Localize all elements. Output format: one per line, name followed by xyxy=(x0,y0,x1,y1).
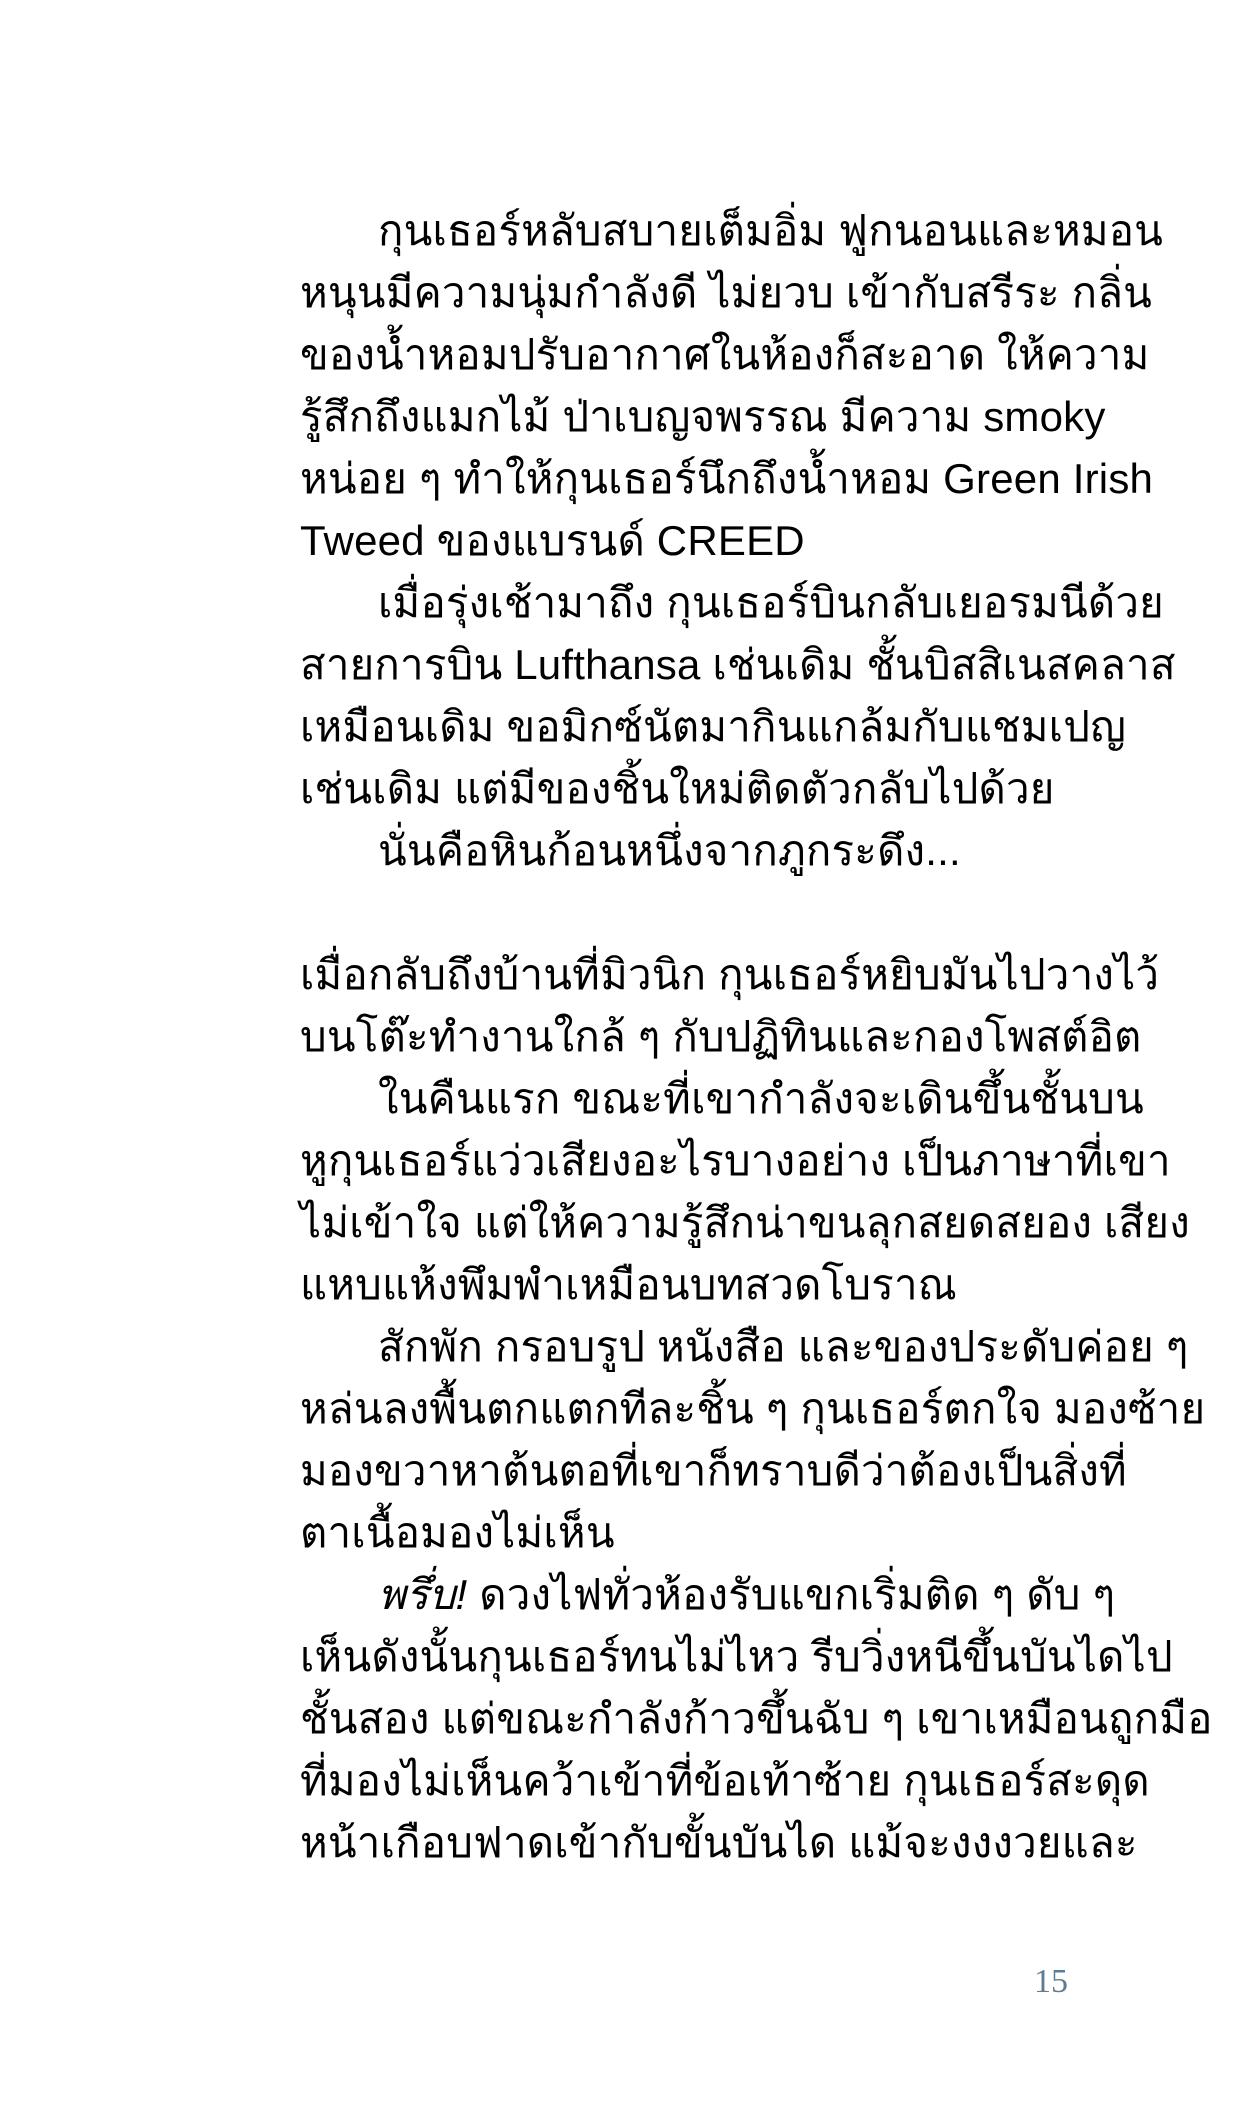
text-line: ที่มองไม่เห็นคว้าเข้าที่ข้อเท้าซ้าย กุนเ… xyxy=(300,1750,1068,1812)
paragraph: พรึ่บ! ดวงไฟทั่วห้องรับแขกเริ่มติด ๆ ดับ… xyxy=(300,1564,1068,1874)
paragraph: เมื่อรุ่งเช้ามาถึง กุนเธอร์บินกลับเยอรมน… xyxy=(300,572,1068,820)
text-line: สายการบิน Lufthansa เช่นเดิม ชั้นบิสสิเน… xyxy=(300,634,1068,696)
text-line: หน้าเกือบฟาดเข้ากับขั้นบันได แม้จะงงงวยแ… xyxy=(300,1812,1068,1874)
text-line: พรึ่บ! ดวงไฟทั่วห้องรับแขกเริ่มติด ๆ ดับ… xyxy=(300,1564,1068,1626)
page-number: 15 xyxy=(300,1962,1068,2002)
paragraph: กุนเธอร์หลับสบายเต็มอิ่ม ฟูกนอนและหมอนหน… xyxy=(300,200,1068,572)
text-line: หล่นลงพื้นตกแตกทีละชิ้น ๆ กุนเธอร์ตกใจ ม… xyxy=(300,1378,1068,1440)
text-line: รู้สึกถึงแมกไม้ ป่าเบญจพรรณ มีความ smoky xyxy=(300,386,1068,448)
body-text: กุนเธอร์หลับสบายเต็มอิ่ม ฟูกนอนและหมอนหน… xyxy=(300,200,1068,1874)
text-line: หน่อย ๆ ทำให้กุนเธอร์นึกถึงน้ำหอม Green … xyxy=(300,448,1068,510)
text-line: ของน้ำหอมปรับอากาศในห้องก็สะอาด ให้ความ xyxy=(300,324,1068,386)
text-line: กุนเธอร์หลับสบายเต็มอิ่ม ฟูกนอนและหมอน xyxy=(300,200,1068,262)
text-line: ชั้นสอง แต่ขณะกำลังก้าวขึ้นฉับ ๆ เขาเหมื… xyxy=(300,1688,1068,1750)
paragraph: สักพัก กรอบรูป หนังสือ และของประดับค่อย … xyxy=(300,1316,1068,1564)
text-segment: ดวงไฟทั่วห้องรับแขกเริ่มติด ๆ ดับ ๆ xyxy=(467,1571,1115,1618)
text-line: สักพัก กรอบรูป หนังสือ และของประดับค่อย … xyxy=(300,1316,1068,1378)
text-line: นั่นคือหินก้อนหนึ่งจากภูกระดึง... xyxy=(300,820,1068,882)
text-line: ตาเนื้อมองไม่เห็น xyxy=(300,1502,1068,1564)
paragraph: ในคืนแรก ขณะที่เขากำลังจะเดินขึ้นชั้นบนห… xyxy=(300,1068,1068,1316)
text-line: Tweed ของแบรนด์ CREED xyxy=(300,510,1068,572)
text-line: เห็นดังนั้นกุนเธอร์ทนไม่ไหว รีบวิ่งหนีขึ… xyxy=(300,1626,1068,1688)
text-line: เมื่อกลับถึงบ้านที่มิวนิก กุนเธอร์หยิบมั… xyxy=(300,944,1068,1006)
text-line: หนุนมีความนุ่มกำลังดี ไม่ยวบ เข้ากับสรีร… xyxy=(300,262,1068,324)
text-line: ในคืนแรก ขณะที่เขากำลังจะเดินขึ้นชั้นบน xyxy=(300,1068,1068,1130)
paragraph: นั่นคือหินก้อนหนึ่งจากภูกระดึง... xyxy=(300,820,1068,882)
text-line: บนโต๊ะทำงานใกล้ ๆ กับปฏิทินและกองโพสต์อิ… xyxy=(300,1006,1068,1068)
text-line: เหมือนเดิม ขอมิกซ์นัตมากินแกล้มกับแชมเปญ xyxy=(300,696,1068,758)
paragraph: เมื่อกลับถึงบ้านที่มิวนิก กุนเธอร์หยิบมั… xyxy=(300,944,1068,1068)
text-line: เมื่อรุ่งเช้ามาถึง กุนเธอร์บินกลับเยอรมน… xyxy=(300,572,1068,634)
book-page: กุนเธอร์หลับสบายเต็มอิ่ม ฟูกนอนและหมอนหน… xyxy=(0,0,1240,2126)
text-line: เช่นเดิม แต่มีของชิ้นใหม่ติดตัวกลับไปด้ว… xyxy=(300,758,1068,820)
text-segment-italic: พรึ่บ! xyxy=(378,1571,467,1618)
text-line: หูกุนเธอร์แว่วเสียงอะไรบางอย่าง เป็นภาษา… xyxy=(300,1130,1068,1192)
text-line: ไม่เข้าใจ แต่ให้ความรู้สึกน่าขนลุกสยดสยอ… xyxy=(300,1192,1068,1254)
text-line: มองขวาหาต้นตอที่เขาก็ทราบดีว่าต้องเป็นสิ… xyxy=(300,1440,1068,1502)
text-line: แหบแห้งพึมพำเหมือนบทสวดโบราณ xyxy=(300,1254,1068,1316)
